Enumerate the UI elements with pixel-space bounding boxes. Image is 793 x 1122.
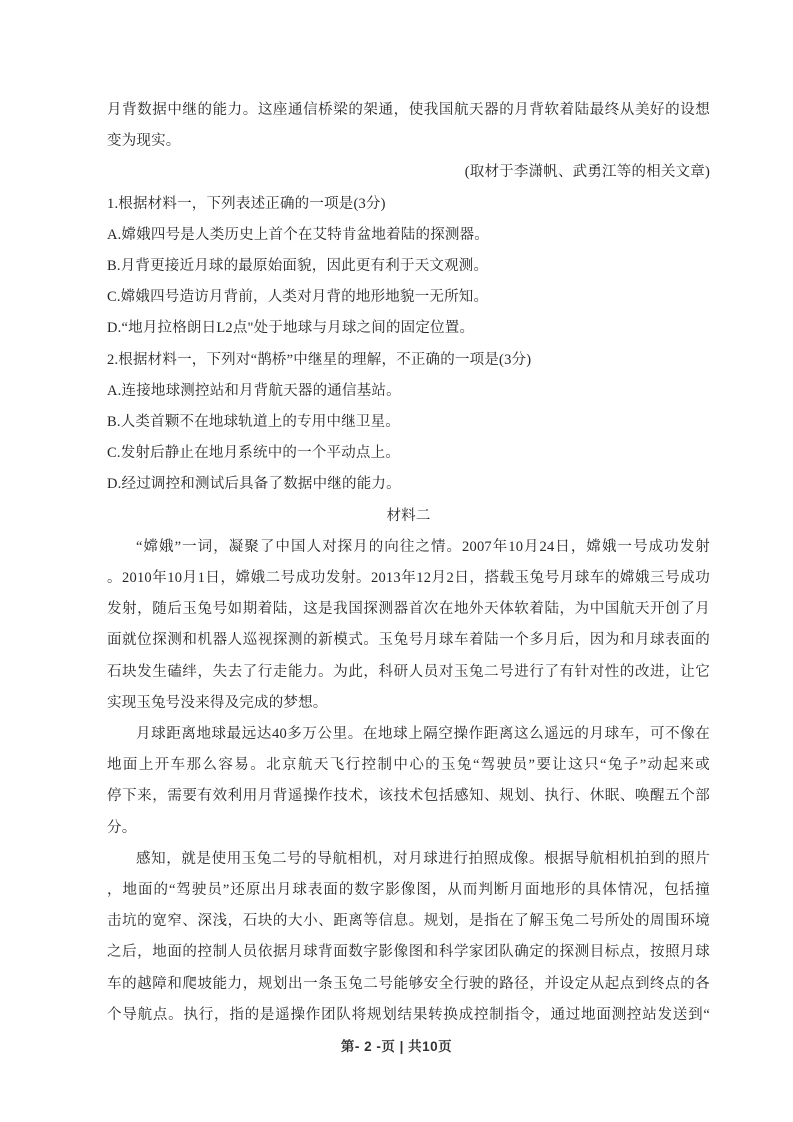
question-stem: 1.根据材料一，下列表述正确的一项是(3分) <box>107 189 710 220</box>
paragraph-line: 感知，就是使用玉兔二号的导航相机，对月球进行拍照成像。根据导航相机拍到的照片 <box>107 844 710 875</box>
paragraph-line: 面就位探测和机器人巡视探测的新模式。玉兔号月球车着陆一个多月后，因为和月球表面的 <box>107 625 710 656</box>
paragraph-line: 石块发生磕绊，失去了行走能力。为此，科研人员对玉兔二号进行了有针对性的改进，让它 <box>107 657 710 688</box>
attribution-line: (取材于李潇帆、武勇江等的相关文章) <box>107 157 710 188</box>
paragraph-line: 月球距离地球最远达40多万公里。在地球上隔空操作距离这么遥远的月球车，可不像在 <box>107 719 710 750</box>
paragraph-line: 实现玉兔号没来得及完成的梦想。 <box>107 688 710 719</box>
paragraph-line: 。2010年10月1日，嫦娥二号成功发射。2013年12月2日，搭载玉兔号月球车… <box>107 563 710 594</box>
paragraph-line: ，地面的“驾驶员”还原出月球表面的数字影像图，从而判断月面地形的具体情况，包括撞 <box>107 875 710 906</box>
section-heading: 材料二 <box>107 501 710 532</box>
page-content: 月背数据中继的能力。这座通信桥梁的架通，使我国航天器的月背软着陆最终从美好的设想… <box>107 95 710 1031</box>
question-option: D.“地月拉格朗日L2点"处于地球与月球之间的固定位置。 <box>107 313 710 344</box>
intro-paragraph-line: 月背数据中继的能力。这座通信桥梁的架通，使我国航天器的月背软着陆最终从美好的设想 <box>107 95 710 126</box>
paragraph-line: 车的越障和爬坡能力，规划出一条玉兔二号能够安全行驶的路径，并设定从起点到终点的各 <box>107 969 710 1000</box>
question-option: C.嫦娥四号造访月背前，人类对月背的地形地貌一无所知。 <box>107 282 710 313</box>
question-option: B.月背更接近月球的最原始面貌，因此更有利于天文观测。 <box>107 251 710 282</box>
paragraph-line: 之后，地面的控制人员依据月球背面数字影像图和科学家团队确定的探测目标点，按照月球 <box>107 937 710 968</box>
exam-page: 月背数据中继的能力。这座通信桥梁的架通，使我国航天器的月背软着陆最终从美好的设想… <box>0 0 793 1122</box>
question-option: A.嫦娥四号是人类历史上首个在艾特肯盆地着陆的探测器。 <box>107 220 710 251</box>
question-option: C.发射后静止在地月系统中的一个平动点上。 <box>107 438 710 469</box>
page-footer: 第- 2 -页 | 共10页 <box>0 1035 793 1055</box>
page-number-label: 第- 2 -页 | 共10页 <box>341 1039 452 1054</box>
question-stem: 2.根据材料一，下列对“鹊桥”中继星的理解，不正确的一项是(3分) <box>107 345 710 376</box>
question-option: A.连接地球测控站和月背航天器的通信基站。 <box>107 376 710 407</box>
intro-paragraph-line: 变为现实。 <box>107 126 710 157</box>
paragraph-line: 击坑的宽窄、深浅，石块的大小、距离等信息。规划，是指在了解玉兔二号所处的周围环境 <box>107 906 710 937</box>
question-option: D.经过调控和测试后具备了数据中继的能力。 <box>107 469 710 500</box>
paragraph-line: 分。 <box>107 813 710 844</box>
paragraph-line: 地面上开车那么容易。北京航天飞行控制中心的玉兔“驾驶员”要让这只“兔子”动起来或 <box>107 750 710 781</box>
paragraph-line: “嫦娥”一词，凝聚了中国人对探月的向往之情。2007年10月24日，嫦娥一号成功… <box>107 532 710 563</box>
question-option: B.人类首颗不在地球轨道上的专用中继卫星。 <box>107 407 710 438</box>
paragraph-line: 停下来，需要有效利用月背遥操作技术，该技术包括感知、规划、执行、休眠、唤醒五个部 <box>107 781 710 812</box>
paragraph-line: 个导航点。执行，指的是遥操作团队将规划结果转换成控制指令，通过地面测控站发送到“ <box>107 1000 710 1031</box>
paragraph-line: 发射，随后玉兔号如期着陆，这是我国探测器首次在地外天体软着陆，为中国航天开创了月 <box>107 594 710 625</box>
